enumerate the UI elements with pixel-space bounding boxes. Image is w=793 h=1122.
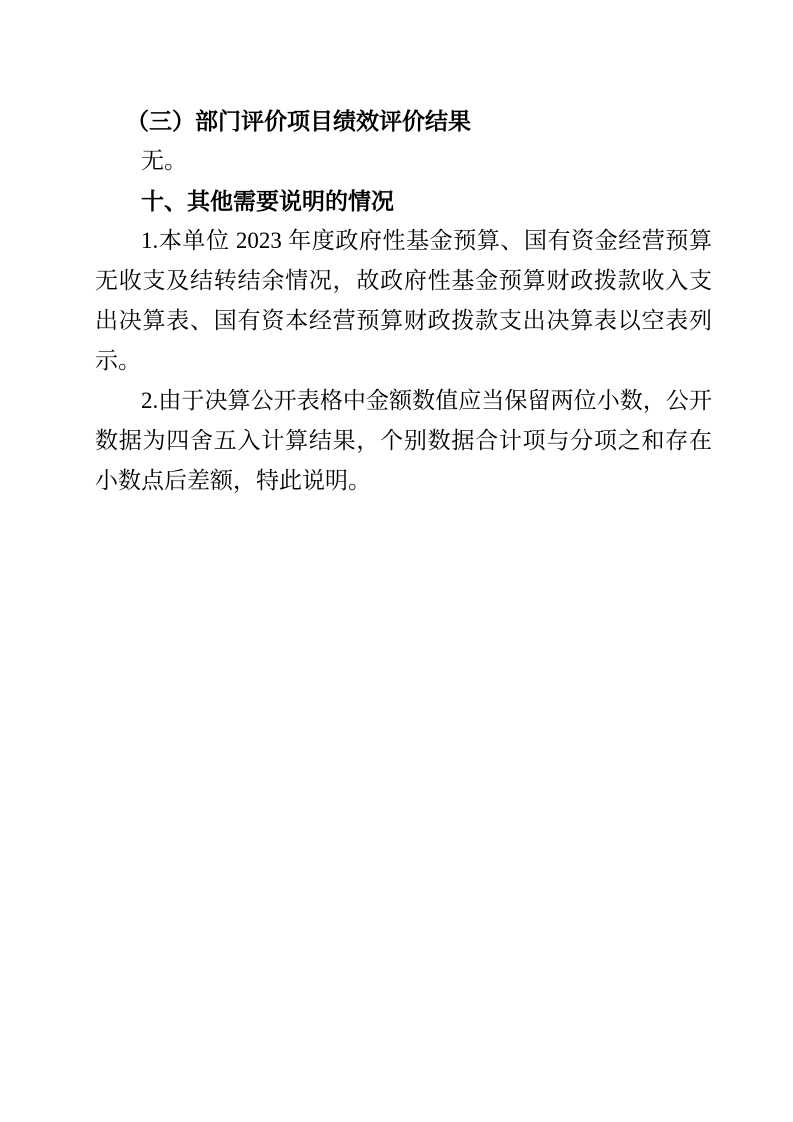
- document-page: （三）部门评价项目绩效评价结果 无。 十、其他需要说明的情况 1.本单位 202…: [0, 0, 793, 1122]
- heading-section-10-other-notes: 十、其他需要说明的情况: [95, 181, 712, 221]
- paragraph-note-1: 1.本单位 2023 年度政府性基金预算、国有资金经营预算无收支及结转结余情况，…: [95, 221, 712, 381]
- paragraph-note-2: 2.由于决算公开表格中金额数值应当保留两位小数，公开数据为四舍五入计算结果，个别…: [95, 381, 712, 501]
- heading-section-3-evaluation-results: （三）部门评价项目绩效评价结果: [95, 101, 712, 141]
- paragraph-none: 无。: [95, 141, 712, 181]
